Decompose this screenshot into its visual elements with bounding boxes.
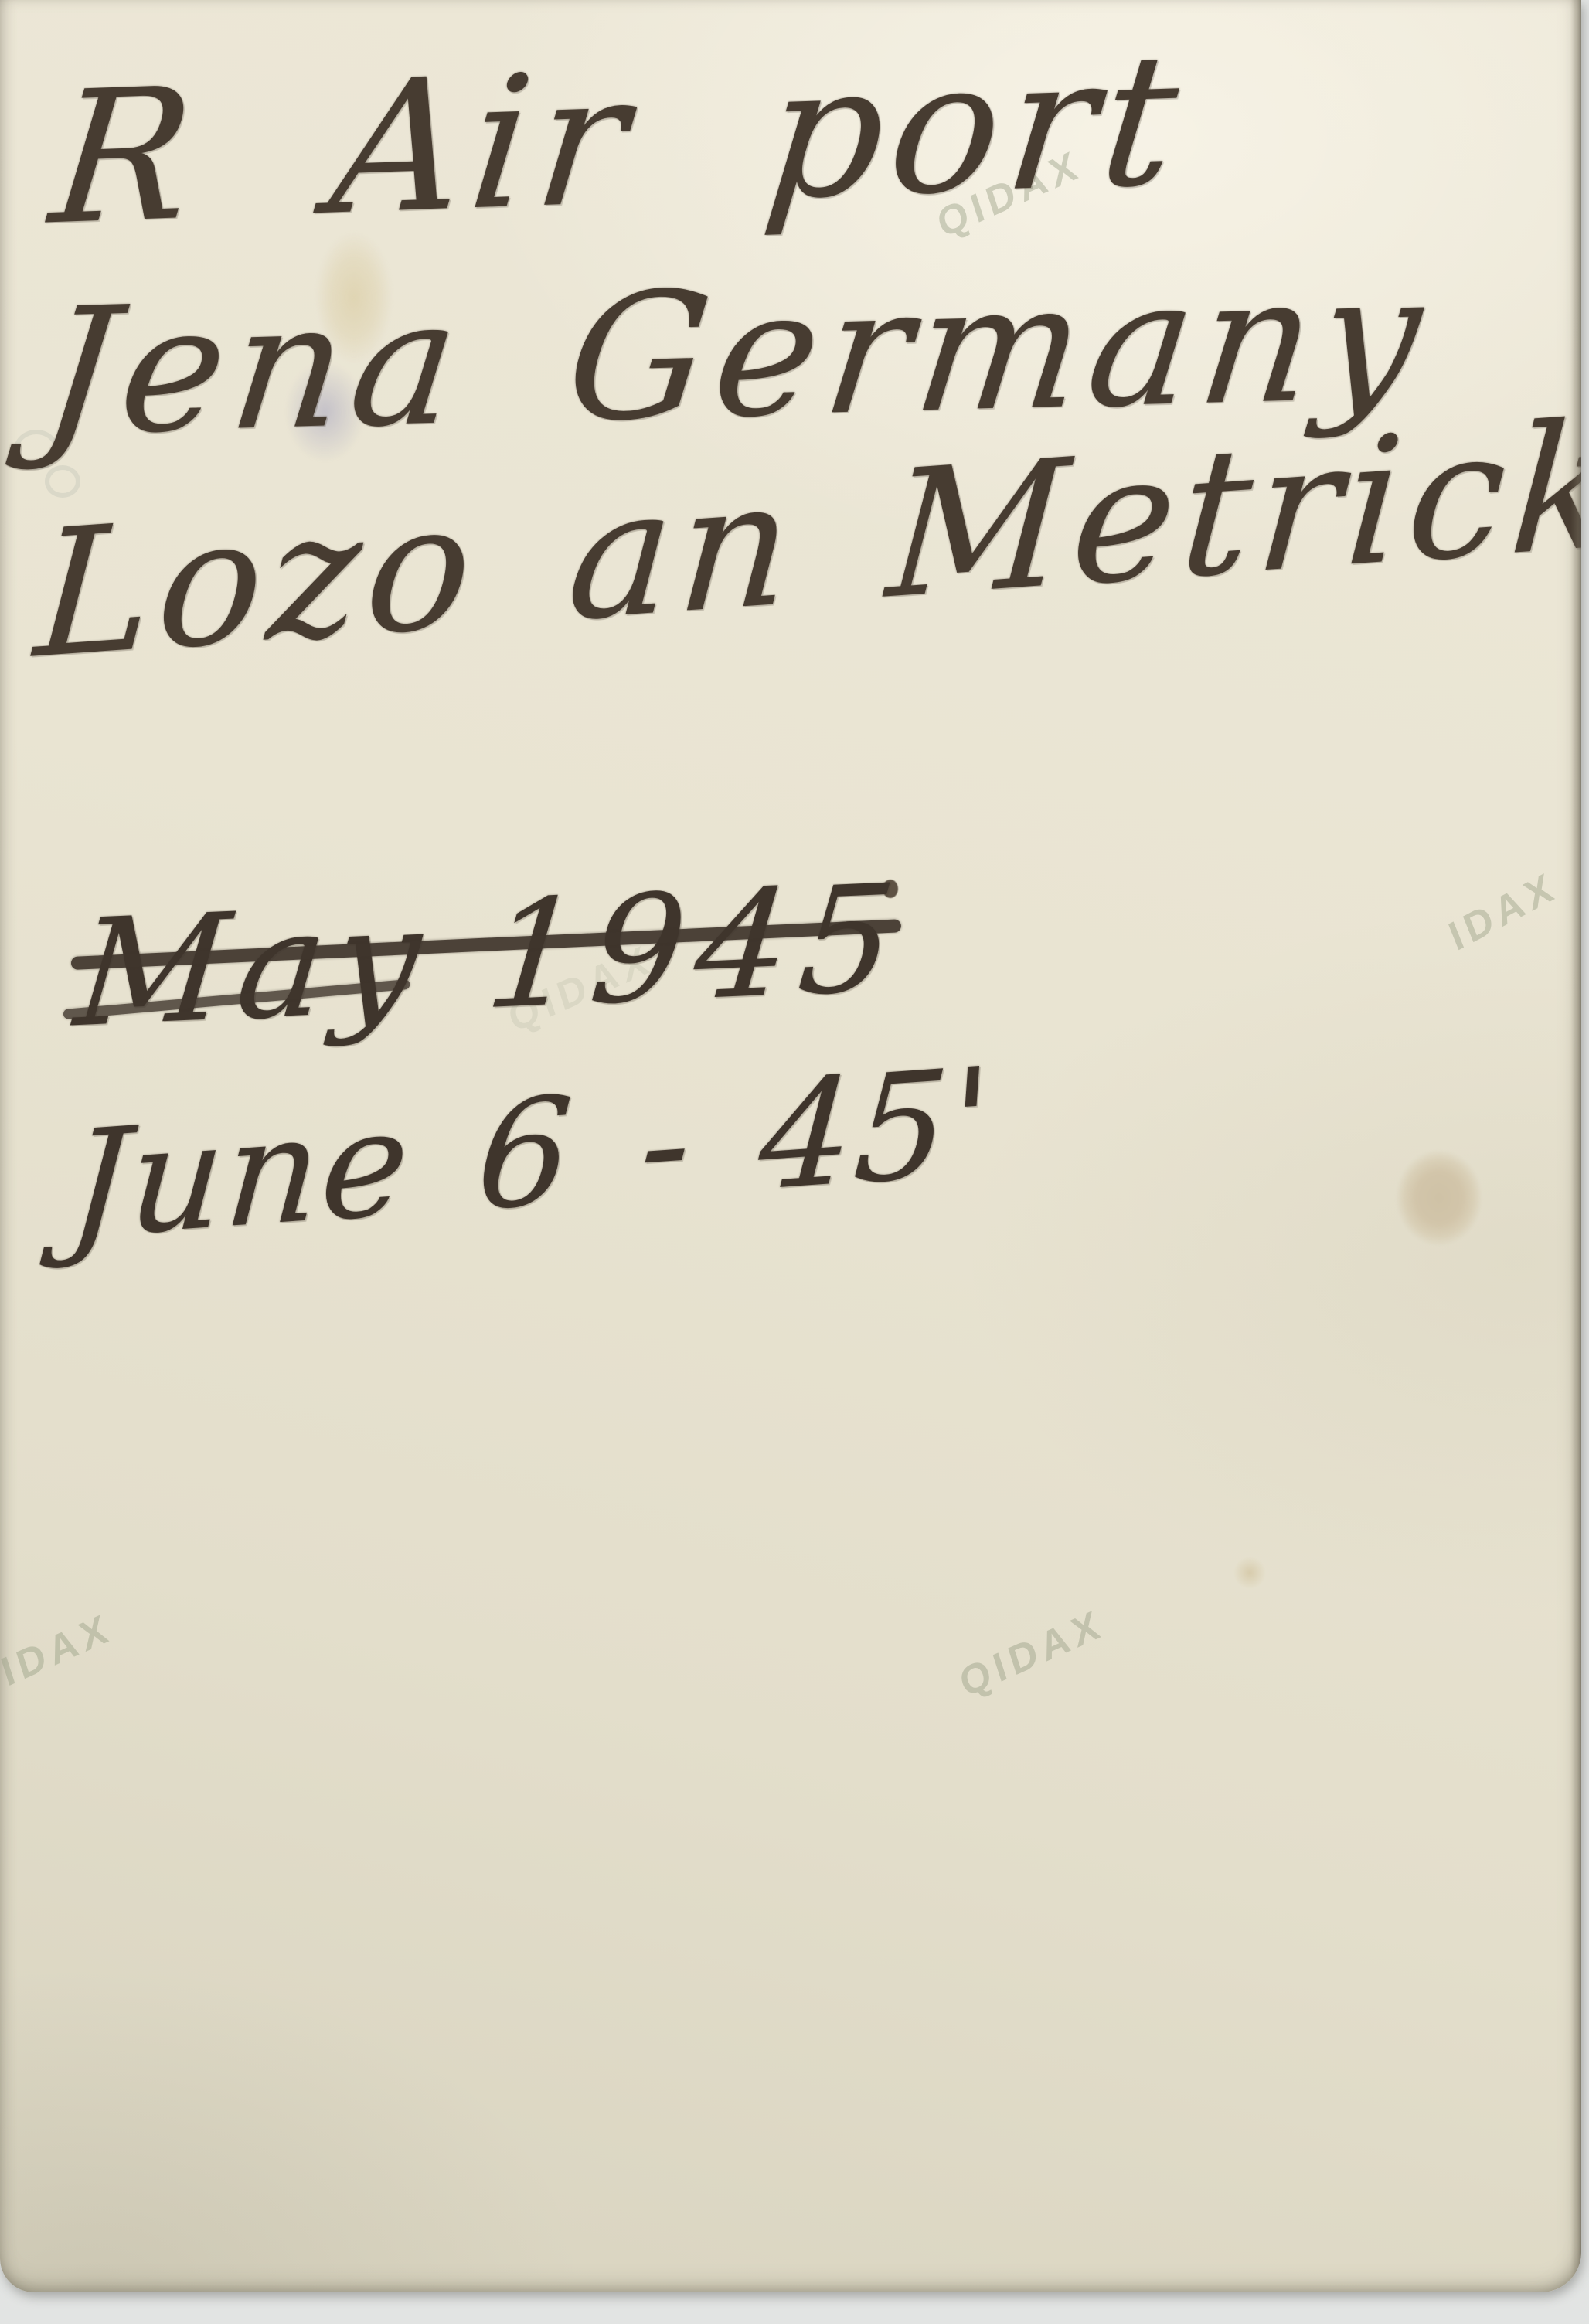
paper-watermark-partial: IDAX [1443,863,1564,961]
scan-background: QIDAX IDAX QIDAX IDAX QIDAX R Air port J… [0,0,1589,2324]
handwritten-line-airport: R Air port [43,14,1195,265]
photo-paper-verso: QIDAX IDAX QIDAX IDAX QIDAX R Air port J… [0,0,1581,2292]
handwritten-line-june-6-45: June 6 - 45' [63,1036,997,1272]
paper-watermark: QIDAX [954,1600,1110,1707]
paper-watermark-partial: IDAX [0,1604,117,1696]
paper-right-edge-shadow [1570,0,1581,2292]
small-stain [1233,1557,1266,1589]
round-stain [1396,1150,1482,1246]
